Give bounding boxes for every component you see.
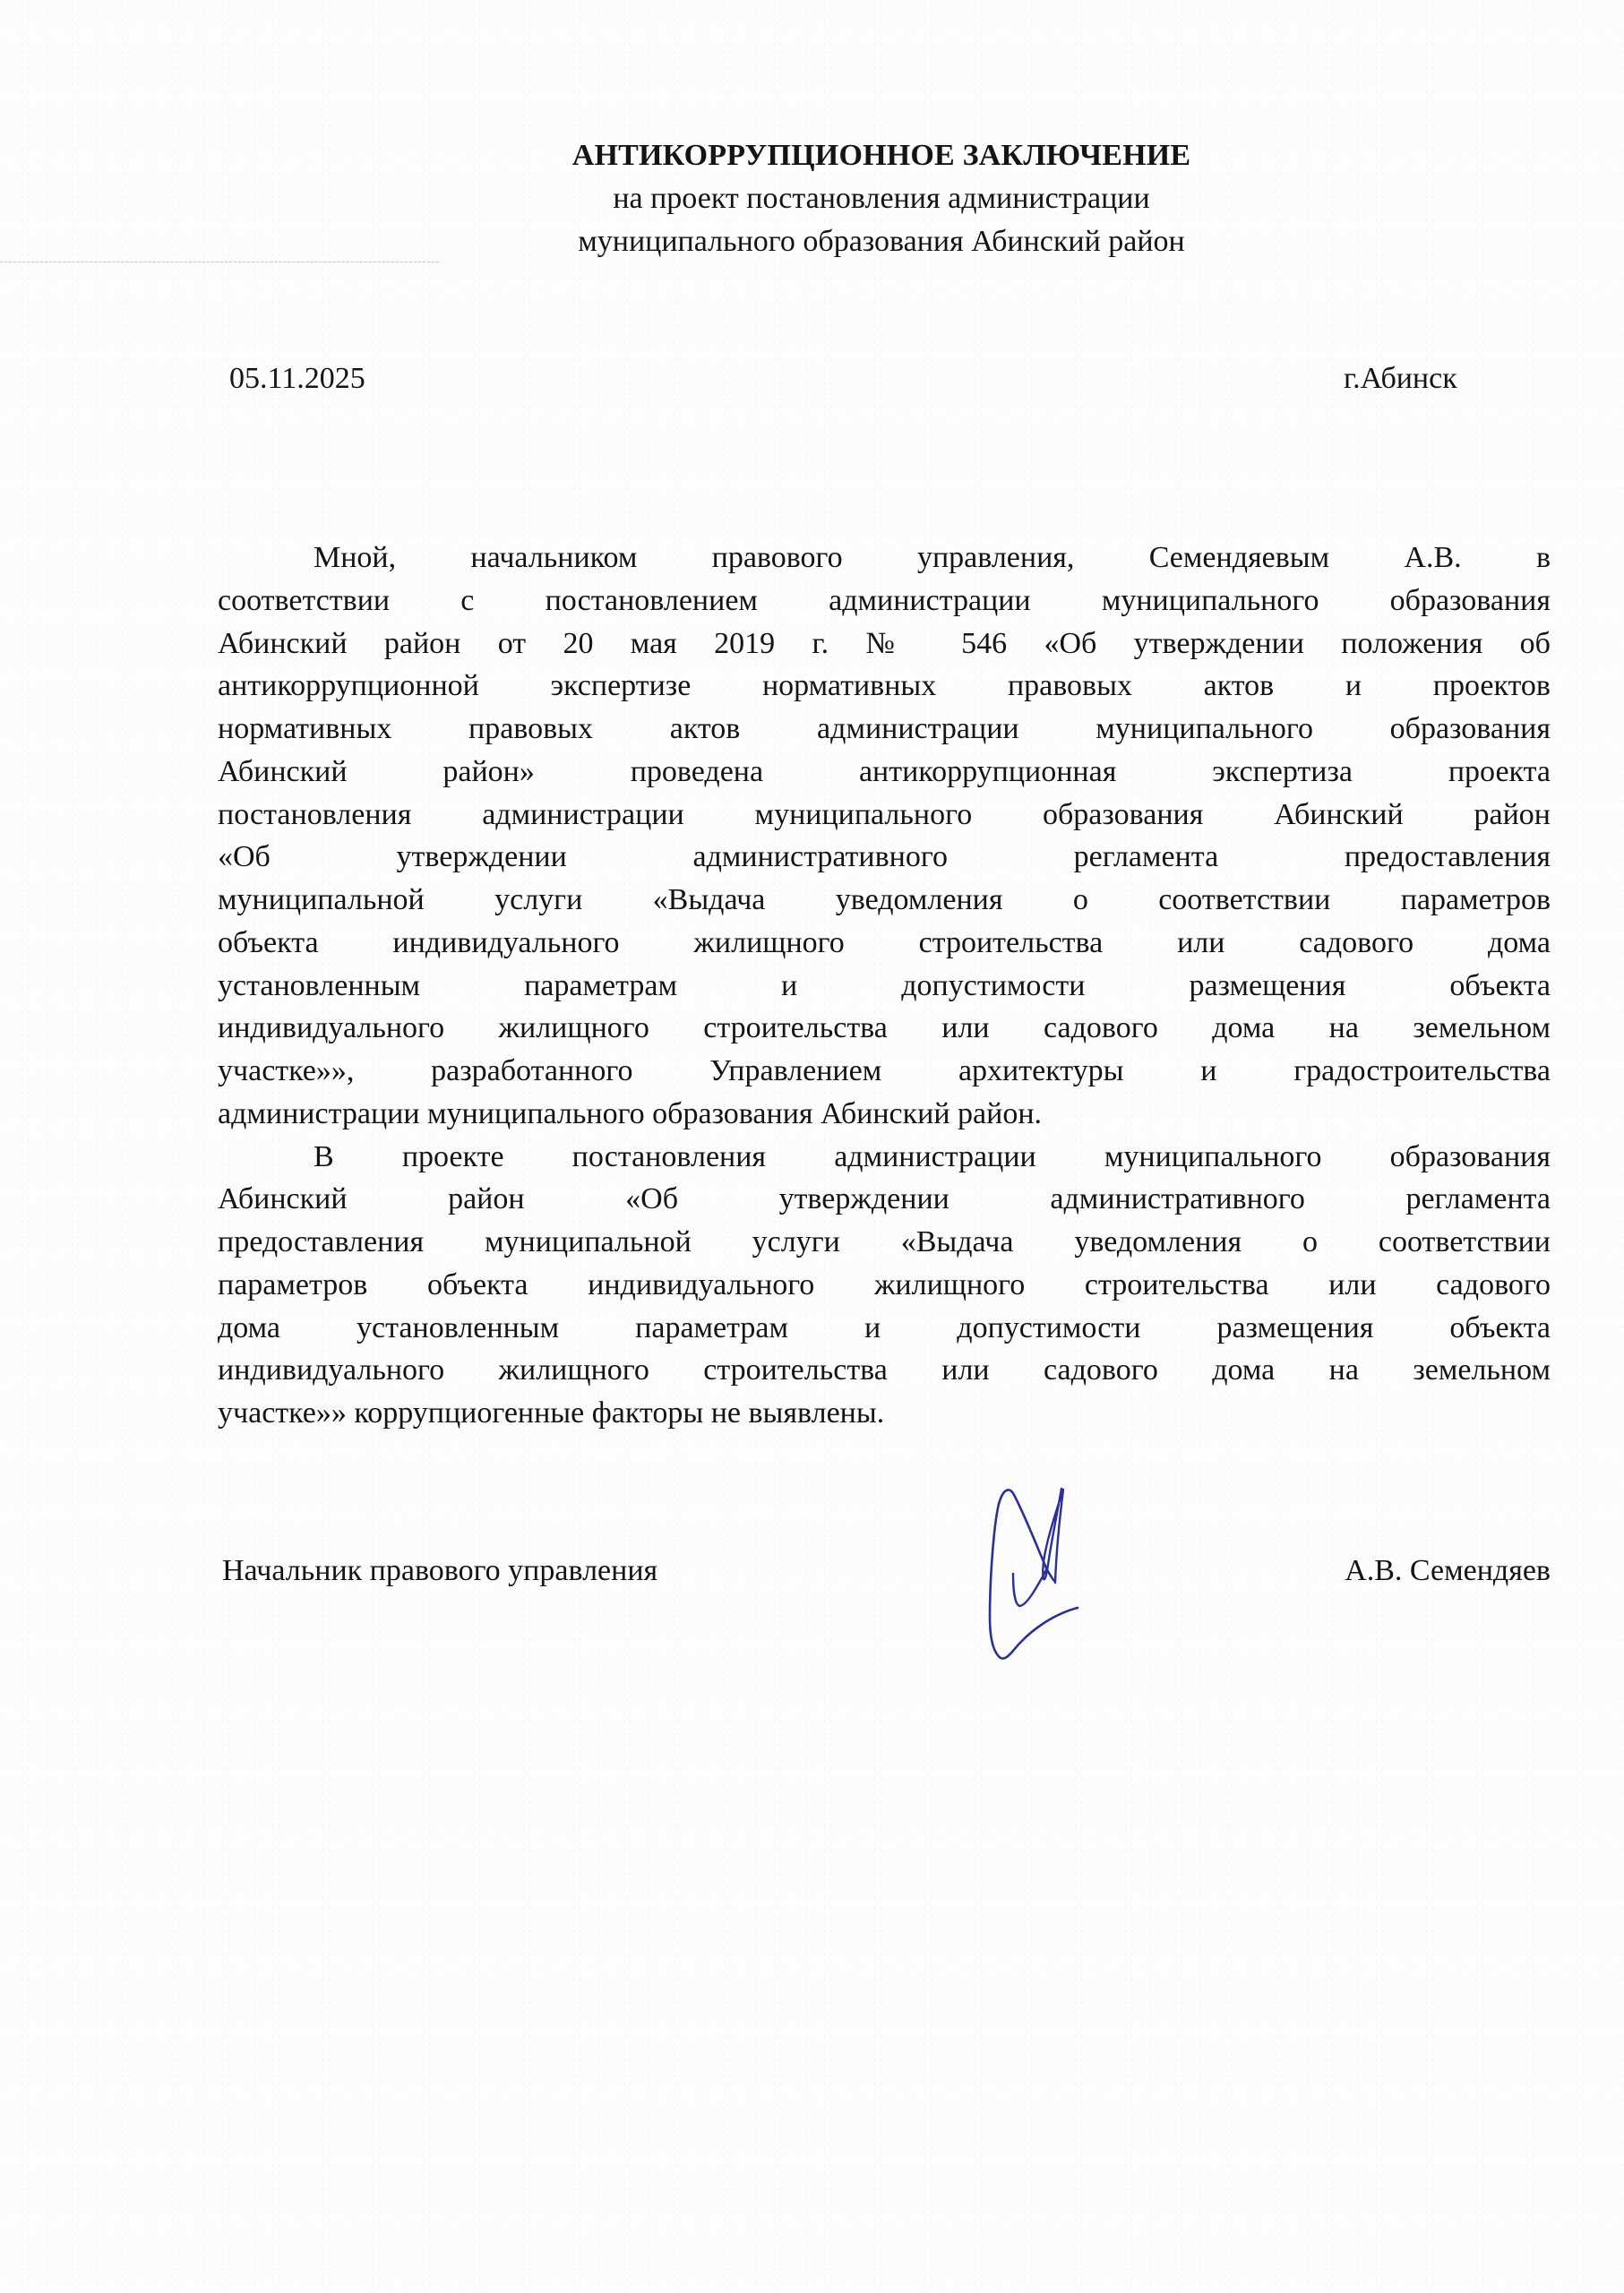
document-header: АНТИКОРРУПЦИОННОЕ ЗАКЛЮЧЕНИЕ на проект п… — [448, 134, 1315, 263]
handwritten-signature-icon — [981, 1473, 1093, 1666]
document-subtitle-line-1: на проект постановления администрации — [448, 177, 1315, 220]
text-line: установленным параметрам и допустимости … — [218, 965, 1551, 1008]
text-line: администрации муниципального образования… — [218, 1093, 1551, 1136]
paragraph-conclusion: В проекте постановления администрации му… — [218, 1136, 1551, 1435]
document-body: Мной, начальником правового управления, … — [218, 537, 1551, 1435]
text-line: Мной, начальником правового управления, … — [218, 537, 1551, 580]
signature-row: Начальник правового управления А.В. Семе… — [222, 1550, 1551, 1593]
document-subtitle-line-2: муниципального образования Абинский райо… — [448, 220, 1315, 263]
text-line: В проекте постановления администрации му… — [218, 1136, 1551, 1179]
text-line: соответствии с постановлением администра… — [218, 580, 1551, 623]
document-city: г.Абинск — [1344, 357, 1457, 400]
text-line: Абинский район» проведена антикоррупцион… — [218, 751, 1551, 794]
text-line: дома установленным параметрам и допустим… — [218, 1307, 1551, 1350]
text-line: «Об утверждении административного реглам… — [218, 836, 1551, 879]
text-line: участке»» коррупциогенные факторы не выя… — [218, 1392, 1551, 1435]
text-line: антикоррупционной экспертизе нормативных… — [218, 665, 1551, 708]
text-line: индивидуального жилищного строительства … — [218, 1007, 1551, 1050]
document-date: 05.11.2025 — [229, 357, 365, 400]
text-line: Абинский район от 20 мая 2019 г. № 546 «… — [218, 623, 1551, 666]
text-line: постановления администрации муниципально… — [218, 794, 1551, 837]
paragraph-expertise: Мной, начальником правового управления, … — [218, 537, 1551, 1136]
text-line: участке»», разработанного Управлением ар… — [218, 1050, 1551, 1093]
text-line: Абинский район «Об утверждении администр… — [218, 1178, 1551, 1221]
text-line: параметров объекта индивидуального жилищ… — [218, 1264, 1551, 1307]
signer-position: Начальник правового управления — [222, 1550, 657, 1593]
signer-name: А.В. Семендяев — [1345, 1550, 1551, 1593]
text-line: нормативных правовых актов администрации… — [218, 708, 1551, 751]
text-line: предоставления муниципальной услуги «Выд… — [218, 1221, 1551, 1264]
text-line: муниципальной услуги «Выдача уведомления… — [218, 879, 1551, 922]
document-title: АНТИКОРРУПЦИОННОЕ ЗАКЛЮЧЕНИЕ — [448, 134, 1315, 177]
scan-artifact-line — [0, 262, 439, 262]
text-line: объекта индивидуального жилищного строит… — [218, 922, 1551, 965]
text-line: индивидуального жилищного строительства … — [218, 1349, 1551, 1392]
